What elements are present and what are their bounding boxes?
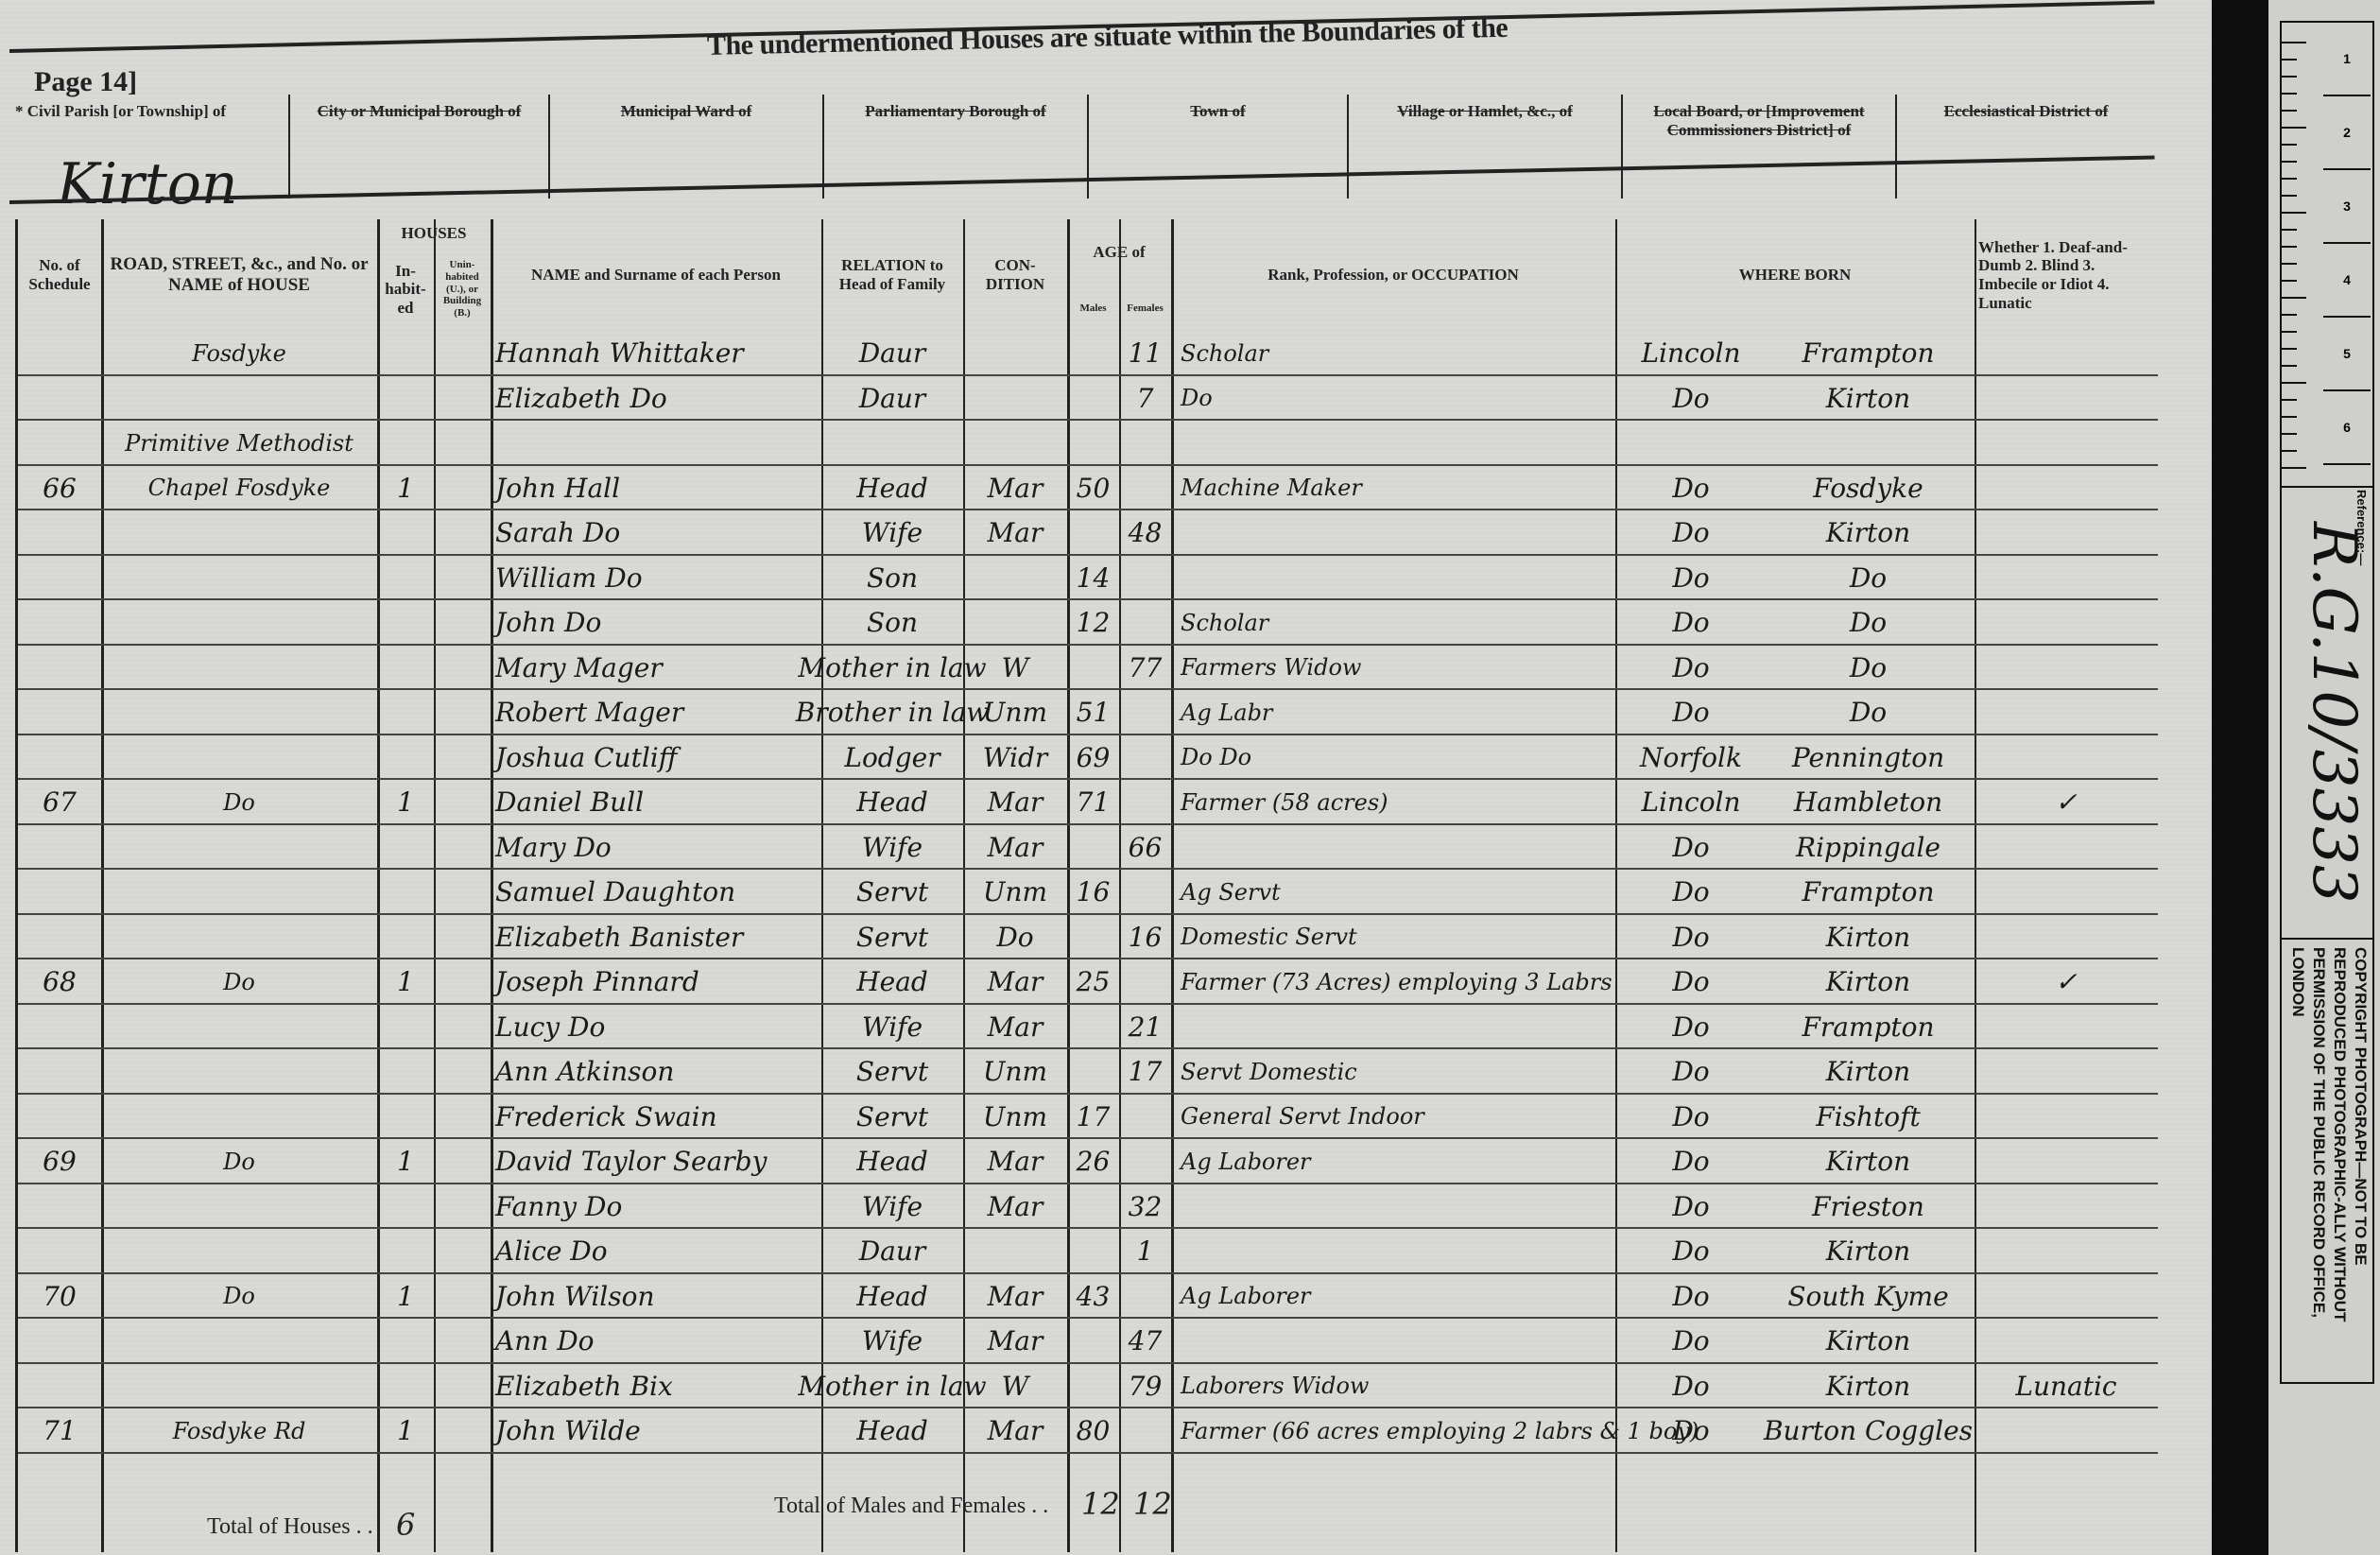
cell-inhabited [377, 1319, 434, 1364]
cell-male-age [1067, 376, 1119, 422]
cell-relation: Mother in law [821, 1364, 963, 1409]
cell-inhabited [377, 1005, 434, 1050]
cell-relation: Daur [821, 1229, 963, 1274]
cell-male-age [1067, 510, 1119, 556]
cell-infirmity [1975, 421, 2158, 466]
cell-male-age [1067, 1184, 1119, 1230]
boundary-city: City or Municipal Borough of [288, 95, 548, 199]
cell-road: Do [101, 1139, 377, 1184]
header-road: ROAD, STREET, &c., and No. or NAME of HO… [101, 219, 377, 331]
cell-inhabited [377, 735, 434, 781]
ruler-tick [2282, 467, 2306, 469]
cell-road [101, 556, 377, 601]
cell-female-age [1119, 421, 1171, 466]
ruler-tick [2282, 178, 2297, 180]
cell-born-place: Kirton [1762, 1229, 1975, 1274]
cell-female-age [1119, 1408, 1171, 1454]
cell-male-age [1067, 1319, 1119, 1364]
cell-relation: Servt [821, 915, 963, 960]
cell-relation: Wife [821, 825, 963, 871]
cell-female-age: 32 [1119, 1184, 1171, 1230]
ruler-tick [2282, 382, 2306, 384]
header-inhabited: In-habit-ed [377, 248, 434, 331]
table-row: FosdykeHannah WhittakerDaur11ScholarLinc… [18, 331, 2158, 376]
cell-relation: Head [821, 1139, 963, 1184]
cell-relation: Servt [821, 1049, 963, 1095]
cell-schedule [18, 690, 101, 735]
cell-occupation: Farmers Widow [1181, 646, 1615, 691]
cell-male-age: 14 [1067, 556, 1119, 601]
cell-road [101, 376, 377, 422]
cell-condition: Unm [963, 690, 1067, 735]
ruler-number: 3 [2323, 170, 2371, 244]
table-row: Frederick SwainServtUnm17General Servt I… [18, 1095, 2158, 1140]
table-row: Elizabeth BanisterServtDo16Domestic Serv… [18, 915, 2158, 960]
cell-female-age: 21 [1119, 1005, 1171, 1050]
ruler-tick [2282, 314, 2297, 316]
cell-born-place: Kirton [1762, 1364, 1975, 1409]
cell-infirmity [1975, 1049, 2158, 1095]
cell-female-age: 11 [1119, 331, 1171, 376]
cell-male-age [1067, 1229, 1119, 1274]
cell-schedule: 66 [18, 466, 101, 511]
cell-born-place: Kirton [1762, 1319, 1975, 1364]
cell-schedule [18, 1095, 101, 1140]
cell-condition [963, 421, 1067, 466]
cell-occupation [1181, 1005, 1615, 1050]
cell-road: Primitive Methodist [101, 421, 377, 466]
table-row: Samuel DaughtonServtUnm16Ag ServtDoFramp… [18, 870, 2158, 915]
cell-schedule [18, 1364, 101, 1409]
cell-occupation: Domestic Servt [1181, 915, 1615, 960]
cell-male-age: 43 [1067, 1274, 1119, 1320]
cell-inhabited [377, 870, 434, 915]
cell-male-age [1067, 825, 1119, 871]
cell-female-age: 77 [1119, 646, 1171, 691]
cell-born-place: Frampton [1762, 1005, 1975, 1050]
ruler-tick [2282, 331, 2297, 333]
cell-relation: Daur [821, 331, 963, 376]
table-row: Ann DoWifeMar47DoKirton [18, 1319, 2158, 1364]
cell-born-county: Lincoln [1620, 331, 1762, 376]
cell-name: Ann Do [495, 1319, 821, 1364]
cell-infirmity [1975, 510, 2158, 556]
cell-name: John Do [495, 600, 821, 646]
cell-condition: Mar [963, 825, 1067, 871]
cell-road: Fosdyke Rd [101, 1408, 377, 1454]
cell-condition: W [963, 1364, 1067, 1409]
cell-condition: Mar [963, 1005, 1067, 1050]
ruler-tick [2282, 127, 2306, 129]
cell-female-age: 7 [1119, 376, 1171, 422]
header-females: Females [1119, 285, 1171, 331]
cell-condition: Widr [963, 735, 1067, 781]
cell-infirmity [1975, 1005, 2158, 1050]
cell-inhabited [377, 1095, 434, 1140]
cell-inhabited [377, 1049, 434, 1095]
cell-born-place: Fishtoft [1762, 1095, 1975, 1140]
scale-ruler: 123456 [2280, 21, 2374, 488]
cell-relation: Son [821, 600, 963, 646]
cell-born-place: Kirton [1762, 959, 1975, 1005]
cell-road [101, 870, 377, 915]
cell-road: Do [101, 780, 377, 825]
table-row: Lucy DoWifeMar21DoFrampton [18, 1005, 2158, 1050]
ruler-number: 5 [2323, 318, 2371, 391]
cell-born-place: Pennington [1762, 735, 1975, 781]
table-row: Joshua CutliffLodgerWidr69Do DoNorfolkPe… [18, 735, 2158, 781]
header-where-born: WHERE BORN [1615, 219, 1975, 331]
cell-condition: Mar [963, 1184, 1067, 1230]
table-row: 70Do1John WilsonHeadMar43Ag LaborerDoSou… [18, 1274, 2158, 1320]
boundary-local-board: Local Board, or [Improvement Commissione… [1621, 95, 1895, 199]
cell-condition: Do [963, 915, 1067, 960]
cell-road: Do [101, 959, 377, 1005]
header-occupation: Rank, Profession, or OCCUPATION [1171, 219, 1615, 331]
cell-female-age [1119, 1139, 1171, 1184]
total-females: 12 [1133, 1486, 1172, 1522]
cell-road [101, 1184, 377, 1230]
cell-infirmity [1975, 1408, 2158, 1454]
cell-born-county: Do [1620, 1319, 1762, 1364]
cell-occupation [1181, 510, 1615, 556]
cell-road [101, 1319, 377, 1364]
cell-road [101, 1095, 377, 1140]
table-row: John DoSon12ScholarDoDo [18, 600, 2158, 646]
cell-female-age [1119, 466, 1171, 511]
cell-occupation: Scholar [1181, 600, 1615, 646]
cell-inhabited: 1 [377, 780, 434, 825]
cell-male-age [1067, 915, 1119, 960]
cell-schedule [18, 556, 101, 601]
cell-inhabited [377, 600, 434, 646]
cell-female-age: 48 [1119, 510, 1171, 556]
cell-name [495, 421, 821, 466]
cell-name: Frederick Swain [495, 1095, 821, 1140]
cell-schedule: 70 [18, 1274, 101, 1320]
header-schedule: No. of Schedule [18, 219, 101, 331]
header-relation: RELATION to Head of Family [821, 219, 963, 331]
table-row: Mary DoWifeMar66DoRippingale [18, 825, 2158, 871]
cell-born-place: Fosdyke [1762, 466, 1975, 511]
cell-schedule [18, 1319, 101, 1364]
cell-name: David Taylor Searby [495, 1139, 821, 1184]
cell-male-age [1067, 646, 1119, 691]
cell-born-place: Kirton [1762, 1139, 1975, 1184]
cell-infirmity [1975, 690, 2158, 735]
cell-inhabited: 1 [377, 466, 434, 511]
cell-schedule [18, 870, 101, 915]
cell-born-county: Do [1620, 376, 1762, 422]
cell-occupation: Ag Labr [1181, 690, 1615, 735]
boundary-town: Town of [1087, 95, 1347, 199]
cell-condition [963, 376, 1067, 422]
cell-name: Mary Do [495, 825, 821, 871]
cell-inhabited [377, 376, 434, 422]
cell-relation [821, 421, 963, 466]
cell-road [101, 1364, 377, 1409]
cell-born-county: Lincoln [1620, 780, 1762, 825]
ruler-number: 4 [2323, 244, 2371, 318]
cell-schedule [18, 735, 101, 781]
cell-born-place: Do [1762, 690, 1975, 735]
cell-occupation: Farmer (73 Acres) employing 3 Labrs [1181, 959, 1615, 1005]
cell-occupation [1181, 1319, 1615, 1364]
header-infirmity: Whether 1. Deaf-and-Dumb 2. Blind 3. Imb… [1975, 219, 2158, 331]
cell-schedule [18, 421, 101, 466]
cell-road [101, 1049, 377, 1095]
cell-born-county: Do [1620, 600, 1762, 646]
cell-infirmity: ✓ [1975, 959, 2158, 1005]
total-males: 12 [1081, 1486, 1120, 1522]
cell-female-age: 47 [1119, 1319, 1171, 1364]
cell-infirmity [1975, 735, 2158, 781]
cell-male-age: 50 [1067, 466, 1119, 511]
cell-infirmity [1975, 376, 2158, 422]
cell-born-county: Do [1620, 1049, 1762, 1095]
cell-born-county: Do [1620, 510, 1762, 556]
cell-name: Ann Atkinson [495, 1049, 821, 1095]
cell-occupation: Ag Laborer [1181, 1139, 1615, 1184]
cell-born-county: Do [1620, 1274, 1762, 1320]
cell-infirmity [1975, 600, 2158, 646]
cell-born-place [1762, 421, 1975, 466]
cell-condition: Mar [963, 780, 1067, 825]
cell-relation: Servt [821, 870, 963, 915]
cell-occupation: Laborers Widow [1181, 1364, 1615, 1409]
census-page: The undermentioned Houses are situate wi… [0, 0, 2212, 1555]
cell-condition [963, 556, 1067, 601]
header-name: NAME and Surname of each Person [491, 219, 821, 331]
cell-female-age: 17 [1119, 1049, 1171, 1095]
cell-name: Daniel Bull [495, 780, 821, 825]
cell-road: Fosdyke [101, 331, 377, 376]
ruler-tick [2282, 76, 2297, 78]
cell-infirmity [1975, 1319, 2158, 1364]
cell-relation: Brother in law [821, 690, 963, 735]
cell-born-place: Kirton [1762, 510, 1975, 556]
cell-road [101, 690, 377, 735]
cell-name: Sarah Do [495, 510, 821, 556]
cell-relation: Son [821, 556, 963, 601]
cell-male-age: 71 [1067, 780, 1119, 825]
cell-born-county: Do [1620, 1408, 1762, 1454]
ruler-tick [2282, 161, 2297, 163]
cell-born-place: Rippingale [1762, 825, 1975, 871]
cell-condition: Mar [963, 1319, 1067, 1364]
table-row: 66Chapel Fosdyke1John HallHeadMar50Machi… [18, 466, 2158, 511]
cell-relation: Head [821, 780, 963, 825]
cell-male-age: 51 [1067, 690, 1119, 735]
cell-inhabited: 1 [377, 959, 434, 1005]
cell-inhabited [377, 556, 434, 601]
cell-born-place: South Kyme [1762, 1274, 1975, 1320]
cell-infirmity [1975, 466, 2158, 511]
cell-schedule [18, 825, 101, 871]
cell-road [101, 600, 377, 646]
ruler-number: 2 [2323, 96, 2371, 170]
header-houses: HOUSES [377, 219, 491, 248]
cell-female-age: 16 [1119, 915, 1171, 960]
cell-condition [963, 331, 1067, 376]
header-condition: CON-DITION [963, 219, 1067, 331]
cell-relation: Head [821, 466, 963, 511]
cell-name: John Wilson [495, 1274, 821, 1320]
ruler-tick [2282, 416, 2297, 418]
cell-male-age [1067, 331, 1119, 376]
ruler-tick [2282, 450, 2297, 452]
cell-inhabited [377, 1229, 434, 1274]
boundary-ward: Municipal Ward of [548, 95, 822, 199]
cell-female-age [1119, 735, 1171, 781]
table-row: Elizabeth DoDaur7DoDoKirton [18, 376, 2158, 422]
cell-relation: Wife [821, 1005, 963, 1050]
cell-occupation [1181, 1184, 1615, 1230]
parish-name: Kirton [57, 151, 238, 217]
cell-infirmity [1975, 556, 2158, 601]
cell-born-county: Do [1620, 1229, 1762, 1274]
cell-condition [963, 600, 1067, 646]
cell-female-age [1119, 1274, 1171, 1320]
cell-infirmity [1975, 1229, 2158, 1274]
cell-road [101, 510, 377, 556]
table-row: Sarah DoWifeMar48DoKirton [18, 510, 2158, 556]
ruler-tick [2282, 229, 2297, 231]
ruler-tick [2282, 195, 2297, 197]
cell-female-age [1119, 959, 1171, 1005]
cell-born-county: Do [1620, 556, 1762, 601]
cell-born-county: Do [1620, 1364, 1762, 1409]
cell-schedule [18, 915, 101, 960]
cell-infirmity [1975, 331, 2158, 376]
table-row: Elizabeth BixMother in lawW79Laborers Wi… [18, 1364, 2158, 1409]
cell-occupation [1181, 1229, 1615, 1274]
cell-occupation: Scholar [1181, 331, 1615, 376]
header-uninhabited: Unin-habited (U.), or Building (B.) [434, 248, 491, 331]
cell-road: Chapel Fosdyke [101, 466, 377, 511]
cell-female-age [1119, 780, 1171, 825]
cell-schedule [18, 600, 101, 646]
cell-condition: Unm [963, 870, 1067, 915]
cell-born-place: Frampton [1762, 870, 1975, 915]
cell-born-place: Burton Coggles [1762, 1408, 1975, 1454]
cell-occupation: Do [1181, 376, 1615, 422]
cell-road [101, 825, 377, 871]
ruler-number: 1 [2323, 23, 2371, 96]
census-table: No. of Schedule ROAD, STREET, &c., and N… [15, 219, 2158, 1552]
ruler-tick [2282, 42, 2306, 43]
copyright-notice: COPYRIGHT PHOTOGRAPH—NOT TO BE REPRODUCE… [2287, 947, 2371, 1373]
cell-male-age: 12 [1067, 600, 1119, 646]
cell-born-county: Do [1620, 959, 1762, 1005]
cell-infirmity [1975, 1095, 2158, 1140]
ruler-tick [2282, 110, 2297, 112]
cell-infirmity [1975, 915, 2158, 960]
cell-road [101, 1229, 377, 1274]
cell-male-age [1067, 1005, 1119, 1050]
cell-schedule [18, 376, 101, 422]
cell-male-age [1067, 421, 1119, 466]
cell-born-county: Do [1620, 1095, 1762, 1140]
cell-female-age [1119, 870, 1171, 915]
boundary-ecclesiastical: Ecclesiastical District of [1895, 95, 2155, 199]
ruler-tick [2282, 59, 2297, 60]
cell-condition: Mar [963, 1139, 1067, 1184]
cell-condition: Mar [963, 1274, 1067, 1320]
cell-name: Hannah Whittaker [495, 331, 821, 376]
cell-occupation: Machine Maker [1181, 466, 1615, 511]
cell-born-county: Do [1620, 1139, 1762, 1184]
reference-number: R.G.10/3333 [2299, 522, 2369, 904]
header-males: Males [1067, 285, 1119, 331]
cell-born-county [1620, 421, 1762, 466]
cell-born-county: Do [1620, 870, 1762, 915]
cell-name: John Hall [495, 466, 821, 511]
cell-condition: Mar [963, 1408, 1067, 1454]
cell-inhabited [377, 510, 434, 556]
cell-born-place: Do [1762, 556, 1975, 601]
cell-born-county: Do [1620, 915, 1762, 960]
cell-born-place: Do [1762, 600, 1975, 646]
cell-occupation: Ag Servt [1181, 870, 1615, 915]
cell-born-place: Hambleton [1762, 780, 1975, 825]
ruler-tick [2282, 433, 2297, 435]
cell-inhabited: 1 [377, 1274, 434, 1320]
cell-male-age [1067, 1049, 1119, 1095]
cell-inhabited: 1 [377, 1139, 434, 1184]
cell-relation: Head [821, 1274, 963, 1320]
ruler-tick [2282, 297, 2306, 299]
cell-road: Do [101, 1274, 377, 1320]
cell-name: Fanny Do [495, 1184, 821, 1230]
cell-schedule: 71 [18, 1408, 101, 1454]
cell-name: Alice Do [495, 1229, 821, 1274]
cell-schedule [18, 1184, 101, 1230]
table-row: 71Fosdyke Rd1John WildeHeadMar80Farmer (… [18, 1408, 2158, 1454]
table-row: Mary MagerMother in lawW77Farmers WidowD… [18, 646, 2158, 691]
cell-infirmity: ✓ [1975, 780, 2158, 825]
cell-occupation [1181, 556, 1615, 601]
cell-condition: W [963, 646, 1067, 691]
ruler-tick [2282, 263, 2297, 265]
cell-born-county: Do [1620, 1184, 1762, 1230]
cell-occupation: Ag Laborer [1181, 1274, 1615, 1320]
cell-inhabited [377, 421, 434, 466]
cell-male-age: 69 [1067, 735, 1119, 781]
ruler-tick [2282, 246, 2297, 248]
total-persons-label: Total of Males and Females . . [774, 1494, 1048, 1519]
cell-relation: Mother in law [821, 646, 963, 691]
cell-female-age [1119, 690, 1171, 735]
cell-occupation: Farmer (66 acres employing 2 labrs & 1 b… [1181, 1408, 1615, 1454]
cell-relation: Wife [821, 510, 963, 556]
cell-inhabited [377, 331, 434, 376]
cell-condition: Mar [963, 466, 1067, 511]
cell-road [101, 646, 377, 691]
cell-infirmity [1975, 1139, 2158, 1184]
ruler-tick [2282, 280, 2297, 282]
cell-infirmity: Lunatic [1975, 1364, 2158, 1409]
cell-born-county: Do [1620, 466, 1762, 511]
boundary-village: Village or Hamlet, &c., of [1347, 95, 1621, 199]
cell-born-county: Norfolk [1620, 735, 1762, 781]
table-row: 68Do1Joseph PinnardHeadMar25Farmer (73 A… [18, 959, 2158, 1005]
cell-schedule: 68 [18, 959, 101, 1005]
cell-relation: Head [821, 1408, 963, 1454]
cell-condition [963, 1229, 1067, 1274]
cell-infirmity [1975, 1274, 2158, 1320]
cell-name: Elizabeth Bix [495, 1364, 821, 1409]
